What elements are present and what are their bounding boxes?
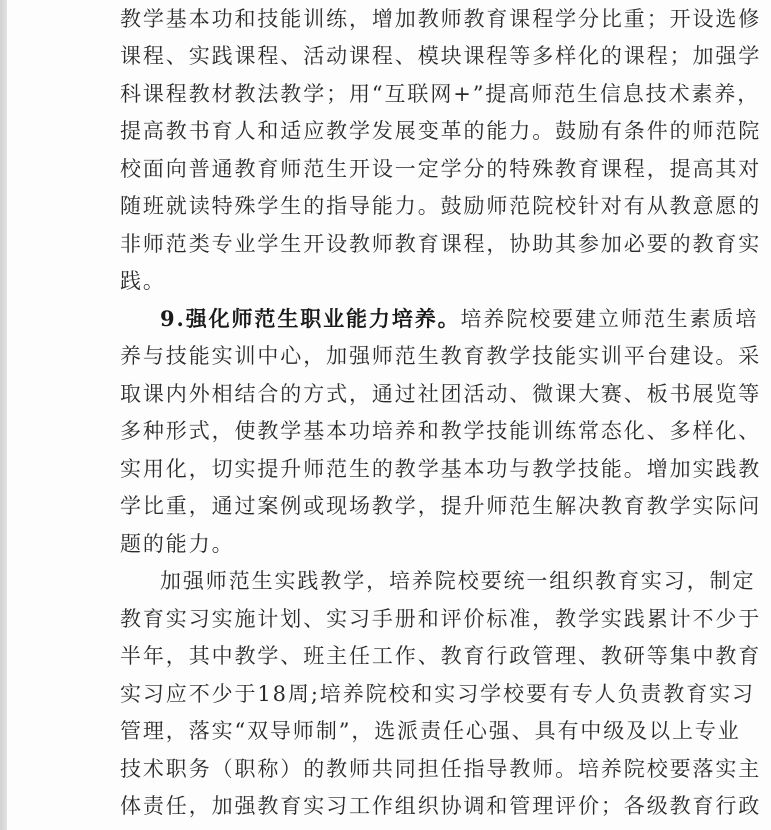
text-segment: 培养院校要建立师范生素质培	[461, 307, 759, 331]
text-line: 管理，落实“双导师制”，选派责任心强、具有中级及以上专业	[120, 716, 741, 746]
text-line: 随班就读特殊学生的指导能力。鼓励师范院校针对有从教意愿的	[120, 191, 761, 221]
text-line: 践。	[120, 266, 166, 296]
text-line: 体责任，加强教育实习工作组织协调和管理评价；各级教育行政	[120, 791, 761, 821]
text-line: 实用化，切实提升师范生的教学基本功与教学技能。增加实践教	[120, 454, 761, 484]
text-line: 半年，其中教学、班主任工作、教育行政管理、教研等集中教育	[120, 641, 761, 671]
text-line: 科课程教材教法教学；用“互联网+”提高师范生信息技术素养，	[120, 79, 760, 109]
document-page: 教学基本功和技能训练，增加教师教育课程学分比重；开设选修 课程、实践课程、活动课…	[0, 0, 771, 830]
scan-left-edge	[0, 0, 7, 830]
text-line: 实习应不少于18周;培养院校和实习学校要有专人负责教育实习	[120, 679, 755, 709]
text-line: 加强师范生实践教学，培养院校要统一组织教育实习，制定	[160, 566, 755, 596]
text-line: 教学基本功和技能训练，增加教师教育课程学分比重；开设选修	[120, 4, 761, 34]
text-line: 养与技能实训中心，加强师范生教育教学技能实训平台建设。采	[120, 341, 761, 371]
text-line: 题的能力。	[120, 529, 235, 559]
text-line: 非师范类专业学生开设教师教育课程，协助其参加必要的教育实	[120, 229, 761, 259]
text-line: 取课内外相结合的方式，通过社团活动、微课大赛、板书展览等	[120, 379, 761, 409]
text-line: 教育实习实施计划、实习手册和评价标准，教学实践累计不少于	[120, 604, 761, 634]
section-heading: 9.强化师范生职业能力培养。	[160, 306, 461, 331]
text-line: 提高教书育人和适应教学发展变革的能力。鼓励有条件的师范院	[120, 116, 761, 146]
text-line: 校面向普通教育师范生开设一定学分的特殊教育课程，提高其对	[120, 154, 761, 184]
section-heading-line: 9.强化师范生职业能力培养。培养院校要建立师范生素质培	[160, 304, 758, 334]
text-line: 学比重，通过案例或现场教学，提升师范生解决教育教学实际问	[120, 491, 761, 521]
text-line: 多种形式，使教学基本功培养和教学技能训练常态化、多样化、	[120, 416, 761, 446]
text-line: 课程、实践课程、活动课程、模块课程等多样化的课程；加强学	[120, 41, 761, 71]
text-line: 技术职务（职称）的教师共同担任指导教师。培养院校要落实主	[120, 754, 761, 784]
